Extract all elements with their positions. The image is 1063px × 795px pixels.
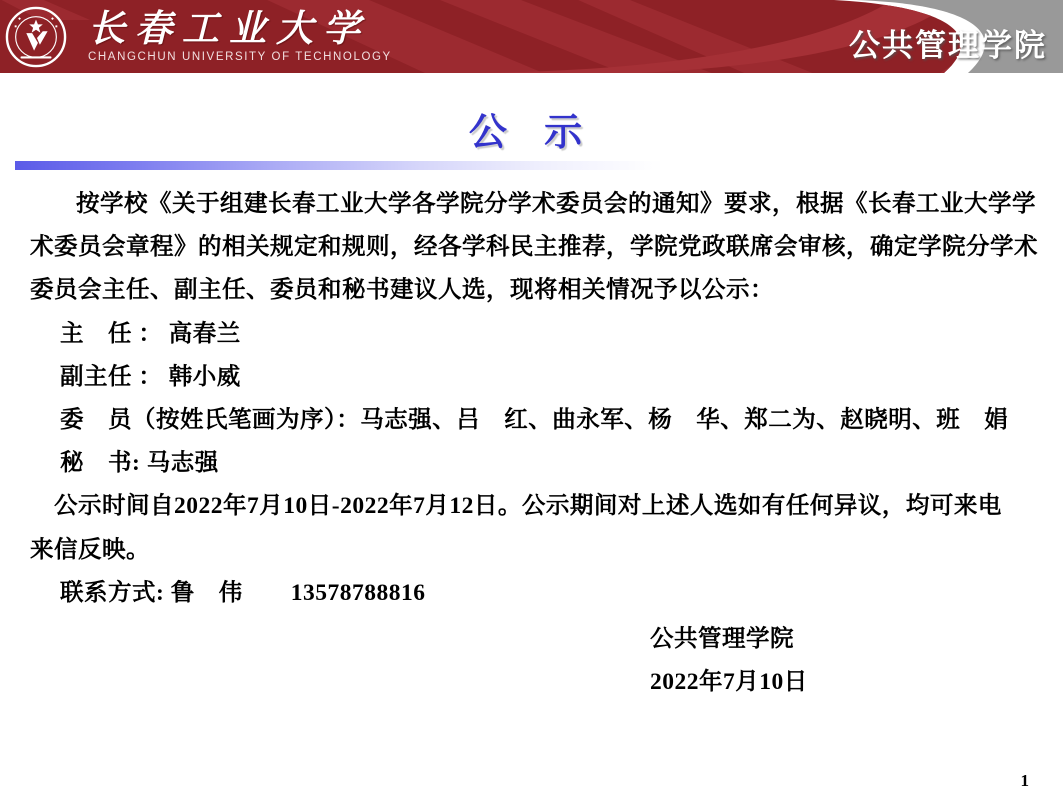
body-line: 来信反映。 <box>30 529 1036 572</box>
body-line: 按学校《关于组建长春工业大学各学院分学术委员会的通知》要求，根据《长春工业大学学 <box>30 183 1036 226</box>
body-line-chairman: 主 任 ： 高春兰 <box>30 313 1036 356</box>
university-name-block: 长春工业大学 CHANGCHUN UNIVERSITY OF TECHNOLOG… <box>88 6 392 64</box>
slide-page: 长春工业大学 CHANGCHUN UNIVERSITY OF TECHNOLOG… <box>0 0 1063 795</box>
university-seal-icon <box>5 6 67 68</box>
body-line-contact: 联系方式: 鲁 伟 13578788816 <box>30 572 1036 615</box>
body-line-secretary: 秘 书: 马志强 <box>30 442 1036 485</box>
notice-body: 按学校《关于组建长春工业大学各学院分学术委员会的通知》要求，根据《长春工业大学学… <box>30 183 1036 615</box>
body-line: 委员会主任、副主任、委员和秘书建议人选，现将相关情况予以公示： <box>30 269 1036 312</box>
body-line-vice-chairman: 副主任 ： 韩小威 <box>30 356 1036 399</box>
body-line-period: 公示时间自2022年7月10日-2022年7月12日。公示期间对上述人选如有任何… <box>30 485 1036 528</box>
page-number: 1 <box>1021 771 1030 791</box>
university-name-cn: 长春工业大学 <box>88 6 392 50</box>
gradient-divider <box>15 161 663 170</box>
signature-block: 公共管理学院 2022年7月10日 <box>650 618 808 704</box>
signature-organization: 公共管理学院 <box>650 618 808 661</box>
university-name-en: CHANGCHUN UNIVERSITY OF TECHNOLOGY <box>88 50 392 64</box>
college-name: 公共管理学院 <box>849 20 1047 65</box>
body-line: 术委员会章程》的相关规定和规则，经各学科民主推荐，学院党政联席会审核，确定学院分… <box>30 226 1036 269</box>
signature-date: 2022年7月10日 <box>650 661 808 704</box>
notice-title: 公 示 <box>0 101 1063 156</box>
header-banner: 长春工业大学 CHANGCHUN UNIVERSITY OF TECHNOLOG… <box>0 0 1063 73</box>
body-line-members: 委 员（按姓氏笔画为序）：马志强、吕 红、曲永军、杨 华、郑二为、赵晓明、班 娟 <box>30 399 1036 442</box>
